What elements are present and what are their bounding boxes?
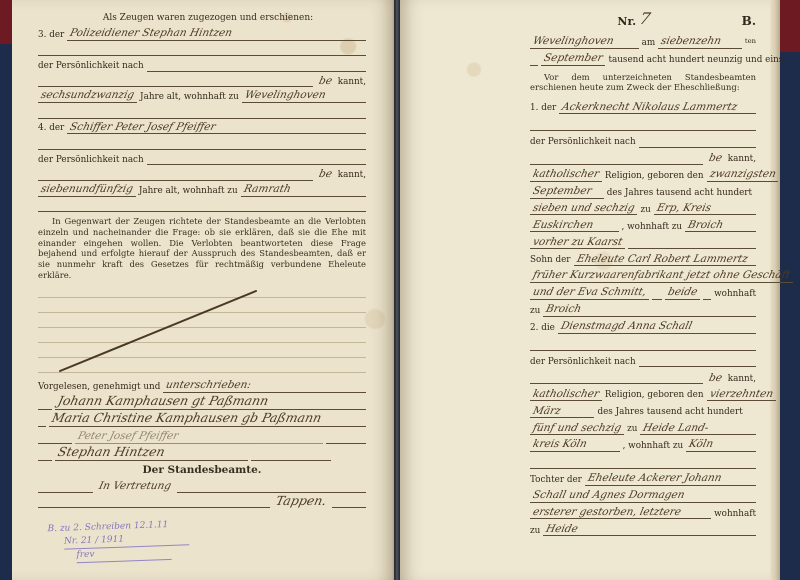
blank-line [38,407,52,410]
text: 2. die [530,323,555,333]
handwritten-entry: be [316,76,335,88]
blank-line [38,424,46,427]
text: der Persönlichkeit nach [530,357,636,367]
text: vorher zu Kaarst [532,237,624,248]
text: beide [667,287,699,298]
marriage-register-spread: Als Zeugen waren zugezogen und erschiene… [0,0,800,580]
blank-line [38,178,313,181]
text: Euskirchen [532,220,595,231]
text: zu [530,306,540,316]
text: siebenzehn [660,36,722,47]
printed-label: kannt, [728,155,756,165]
form-line: In Vertretung [38,477,366,493]
blank-line [530,162,703,165]
text: Broich [687,220,724,231]
text: kannt, [338,77,366,87]
handwritten-entry: fünf und sechzig [530,423,624,436]
handwritten-entry: Erp, Kreis [654,203,756,216]
handwritten-entry: Dienstmagd Anna Schall [558,321,756,334]
handwritten-entry: Schiffer Peter Josef Pfeiffer [67,122,366,135]
text: Eheleute Ackerer Johann [587,473,723,484]
cross-out-stroke [38,283,366,375]
form-line: Johann Kamphausen gt Paßmann [38,393,366,410]
text: Broich [545,304,582,315]
stamp-signature: frev [76,546,171,563]
handwritten-entry: kreis Köln [530,439,620,452]
form-line: sieben und sechzigzuErp, Kreis [530,199,756,216]
form-line [38,41,366,57]
printed-label: Religion, geboren den [605,172,704,182]
handwritten-entry: sechsundzwanzig [38,90,137,103]
form-line: Tochter derEheleute Ackerer Johann [530,469,756,486]
handwritten-entry: katholischer [530,169,602,182]
registry-stamp: B. zu 2. Schreiben 12.1.11 Nr. 21 / 1911… [47,517,233,564]
text: Dienstmagd Anna Schall [560,321,693,332]
text: des Jahres tausend acht hundert [597,407,742,417]
registrar-heading: Der Standesbeamte. [38,464,366,476]
cover-corner-red-left [0,0,12,44]
form-line: sechsundzwanzigJahre alt, wohnhaft zuWev… [38,87,366,103]
handwritten-entry: Euskirchen [530,220,619,233]
handwritten-entry: ersterer gestorben, letztere [530,507,711,520]
text: Tochter der [530,475,582,485]
printed-label: ten [745,38,756,49]
text: Schiffer Peter Josef Pfeiffer [69,122,217,133]
signatures-section: Johann Kamphausen gt PaßmannMaria Christ… [38,393,366,461]
book-binding-right [780,0,800,580]
printed-label: zu [627,425,637,435]
form-line: 1. derAckerknecht Nikolaus Lammertz [530,97,756,114]
printed-label: kannt, [728,375,756,385]
text: , wohnhaft zu [622,222,683,232]
blank-line [147,162,366,165]
form-line: ersterer gestorben, letzterewohnhaft [530,503,756,520]
printed-label: Religion, geboren den [605,391,704,401]
blank-line [177,490,366,493]
handwritten-entry: katholischer [530,389,602,402]
text: zu [627,424,637,434]
text: zu [640,205,650,215]
blank-line [38,53,366,56]
text: , wohnhaft zu [623,441,684,451]
form-line: früher Kurzwaarenfabrikant jetzt ohne Ge… [530,266,756,283]
text: früher Kurzwaarenfabrikant jetzt ohne Ge… [532,270,791,281]
text: unterschrieben: [165,380,252,391]
printed-label: kannt, [338,171,366,181]
text: zu [530,526,540,536]
form-line: der Persönlichkeit nach [38,150,366,166]
text: ersterer gestorben, letztere [532,507,682,518]
blank-line [251,458,331,461]
form-line: Schall und Agnes Dormagen [530,486,756,503]
printed-label: der Persönlichkeit nach [530,358,636,368]
blank-line [703,297,711,300]
form-line [530,114,756,131]
text: der Persönlichkeit nach [38,155,144,165]
text: der Persönlichkeit nach [38,61,144,71]
form-line: Sohn derEheleute Carl Robert Lammertz [530,249,756,266]
printed-label: des Jahres tausend acht hundert [607,189,752,199]
form-line: katholischerReligion, geboren denvierzeh… [530,384,756,401]
handwritten-entry: be [316,169,335,181]
text: be [318,169,333,180]
handwritten-entry: Heide [543,524,756,537]
printed-label: der Persönlichkeit nach [38,156,144,166]
handwritten-entry: Stephan Hintzen [55,446,248,461]
printed-label: zu [640,206,650,216]
form-line: 4. derSchiffer Peter Josef Pfeiffer [38,119,366,135]
text: Sohn der [530,255,571,265]
form-line: kreis Köln, wohnhaft zuKöln [530,435,756,452]
handwritten-entry: siebenundfünfzig [38,184,136,197]
text: Ramrath [242,184,291,195]
form-line: Peter Josef Pfeiffer [38,427,366,444]
handwritten-entry: Schall und Agnes Dormagen [530,490,756,503]
handwritten-entry: September [541,53,605,66]
text: kannt, [338,170,366,180]
blank-line [38,490,93,493]
text: tausend acht hundert neunzig und eins. [608,55,786,65]
form-line: fünf und sechzigzuHeide Land- [530,418,756,435]
blank-line [530,348,756,351]
blank-line [326,441,366,444]
printed-label: 2. die [530,324,555,334]
handwritten-entry: Köln [686,439,756,452]
handwritten-entry: Johann Kamphausen gt Paßmann [55,395,366,410]
blank-line [628,246,756,249]
printed-label: wohnhaft [714,290,756,300]
printed-label: wohnhaft [714,510,756,520]
crossed-out-blank-section [38,283,366,375]
handwritten-entry: früher Kurzwaarenfabrikant jetzt ohne Ge… [530,270,793,283]
printed-label: der Persönlichkeit nach [530,138,636,148]
text: ten [745,37,756,45]
text: kannt, [728,374,756,384]
form-line [38,197,366,213]
handwritten-entry: vierzehnten [707,389,776,402]
text: Peter Josef Pfeiffer [77,431,180,442]
text: Heide [545,524,579,535]
blank-line [332,505,366,508]
text: zwanzigsten [708,169,776,180]
blank-line [530,381,703,384]
appearance-paragraph: Vor dem unterzeichneten Standesbeamten e… [530,72,756,93]
cover-corner-red-right [780,0,800,52]
printed-label: der Persönlichkeit nach [38,62,144,72]
handwritten-entry: Wevelinghoven [530,36,639,49]
handwritten-entry: be [706,373,725,385]
witnesses-intro: Als Zeugen waren zugezogen und erschiene… [38,13,366,25]
text: kannt, [728,154,756,164]
text: 3. der [38,30,64,40]
form-line: Vorgelesen, genehmigt undunterschrieben: [38,377,366,393]
text: Köln [688,439,714,450]
text: Tappen. [274,495,327,508]
text: am [642,38,656,48]
text: Vorgelesen, genehmigt und [38,382,160,392]
text: Wevelinghoven [532,36,615,47]
text: Wevelinghoven [244,90,327,101]
groom-entry-section: 1. derAckerknecht Nikolaus Lammertzder P… [530,97,756,317]
handwritten-entry: und der Eva Schmitt, [530,287,649,300]
page-stack-edge [770,0,780,580]
printed-label: 1. der [530,104,556,114]
form-line: Stephan Hintzen [38,444,366,461]
text: Religion, geboren den [605,390,704,400]
form-line: bekannt, [38,72,366,88]
text: fünf und sechzig [532,423,623,434]
form-line: vorher zu Kaarst [530,232,756,249]
record-number-value: 7 [634,9,656,28]
text: kreis Köln [532,439,588,450]
handwritten-entry: Eheleute Ackerer Johann [585,473,756,486]
form-line: Tappen. [38,493,366,509]
handwritten-entry: Maria Christine Kamphausen gb Paßmann [49,412,366,427]
read-approved-line: Vorgelesen, genehmigt undunterschrieben: [38,377,366,393]
form-line: Wevelinghovenamsiebenzehnten [530,32,756,49]
printed-label: Tochter der [530,476,582,486]
text: Heide Land- [642,423,710,434]
printed-label: Jahre alt, wohnhaft zu [140,93,239,103]
text: Eheleute Carl Robert Lammertz [575,254,748,265]
handwritten-entry: Broich [543,304,756,317]
text: Stephan Hintzen [57,446,166,459]
handwritten-entry: unterschrieben: [163,380,366,393]
form-line [530,334,756,351]
text: März [532,406,562,417]
book-binding-left [0,0,12,580]
handwritten-entry: Ackerknecht Nikolaus Lammertz [559,102,756,115]
form-line: 3. derPolizeidiener Stephan Hintzen [38,25,366,41]
printed-label: Sohn der [530,256,571,266]
right-page: Nr. 7 B. WevelinghovenamsiebenzehntenSep… [400,0,770,580]
form-line: Euskirchen, wohnhaft zuBroich [530,215,756,232]
printed-label: kannt, [338,78,366,88]
blank-line [530,63,538,66]
handwritten-entry: Broich [685,220,756,233]
handwritten-entry: be [706,153,725,165]
printed-label: des Jahres tausend acht hundert [597,408,742,418]
form-line [530,452,756,469]
handwritten-entry: Heide Land- [640,423,756,436]
text: siebenundfünfzig [40,184,134,195]
text: Jahre alt, wohnhaft zu [140,92,239,102]
bride-entry-section: 2. dieDienstmagd Anna Schallder Persönli… [530,317,756,537]
handwritten-entry: sieben und sechzig [530,203,637,216]
text: September [543,53,604,64]
printed-label: tausend acht hundert neunzig und eins. [608,56,786,66]
text: Schall und Agnes Dormagen [532,490,686,501]
printed-label: , wohnhaft zu [622,223,683,233]
handwritten-entry: Tappen. [273,495,329,509]
text: Ackerknecht Nikolaus Lammertz [561,102,739,113]
text: September [532,186,593,197]
text: be [708,153,723,164]
blank-line [530,466,756,469]
blank-line [147,69,366,72]
handwritten-entry: Peter Josef Pfeiffer [75,431,323,444]
blank-line [38,505,270,508]
printed-label: Vorgelesen, genehmigt und [38,383,160,393]
blank-line [639,364,756,367]
blank-line [639,145,756,148]
form-line: der Persönlichkeit nach [530,351,756,368]
form-line: bekannt, [530,148,756,165]
handwritten-entry: Ramrath [241,184,366,197]
text: be [318,76,333,87]
blank-line [38,116,366,119]
form-line [38,103,366,119]
text: Religion, geboren den [605,171,704,181]
handwritten-entry: In Vertretung [96,481,174,493]
handwritten-entry: beide [665,287,700,300]
form-letter-b: B. [742,14,756,28]
handwritten-entry: September [530,186,604,199]
printed-label: am [642,39,656,49]
form-line: zuHeide [530,519,756,536]
text: wohnhaft [714,289,756,299]
blank-line [530,128,756,131]
handwritten-entry: März [530,406,594,419]
form-line: der Persönlichkeit nach [38,56,366,72]
text: katholischer [532,389,600,400]
text: vierzehnten [708,389,773,400]
blank-line [38,147,366,150]
registrar-signature-section: In VertretungTappen. [38,477,366,508]
text: katholischer [532,169,600,180]
text: 4. der [38,123,64,133]
witness-entries-section: 3. derPolizeidiener Stephan Hintzender P… [38,25,366,212]
form-line: zuBroich [530,300,756,317]
printed-label: , wohnhaft zu [623,442,684,452]
text: sechsundzwanzig [40,90,135,101]
text: 1. der [530,103,556,113]
form-line: Maria Christine Kamphausen gb Paßmann [38,410,366,427]
printed-label: Jahre alt, wohnhaft zu [139,187,238,197]
text: be [708,373,723,384]
page-gutter [392,0,400,580]
form-line: Märzdes Jahres tausend acht hundert [530,401,756,418]
printed-label: zu [530,307,540,317]
blank-line [38,209,366,212]
form-line [38,134,366,150]
text: In Vertretung [98,481,172,492]
form-line: bekannt, [530,367,756,384]
text: Johann Kamphausen gt Paßmann [57,395,270,408]
form-line: der Persönlichkeit nach [530,131,756,148]
handwritten-entry: zwanzigsten [707,169,779,182]
form-line: und der Eva Schmitt,beidewohnhaft [530,283,756,300]
text: sieben und sechzig [532,203,636,214]
form-line: 2. dieDienstmagd Anna Schall [530,317,756,334]
record-header: Nr. 7 B. [530,8,756,28]
printed-label: 4. der [38,124,64,134]
text: und der Eva Schmitt, [532,287,647,298]
ceremony-paragraph: In Gegenwart der Zeugen richtete der Sta… [38,216,366,280]
text: Polizeidiener Stephan Hintzen [69,28,233,39]
printed-label: 3. der [38,31,64,41]
place-date-section: WevelinghovenamsiebenzehntenSeptembertau… [530,32,756,66]
blank-line [652,297,662,300]
blank-line [38,458,52,461]
text: Maria Christine Kamphausen gb Paßmann [51,412,323,425]
form-line: Septemberdes Jahres tausend acht hundert [530,182,756,199]
text: Erp, Kreis [656,203,712,214]
form-line: Septembertausend acht hundert neunzig un… [530,49,756,66]
text: des Jahres tausend acht hundert [607,188,752,198]
form-line: bekannt, [38,165,366,181]
text: der Persönlichkeit nach [530,137,636,147]
blank-line [38,84,313,87]
handwritten-entry: Wevelinghoven [242,90,366,103]
handwritten-entry: Eheleute Carl Robert Lammertz [574,254,757,267]
printed-label: zu [530,527,540,537]
form-line: katholischerReligion, geboren denzwanzig… [530,165,756,182]
handwritten-entry: vorher zu Kaarst [530,237,625,250]
handwritten-entry: Polizeidiener Stephan Hintzen [67,28,366,41]
left-page: Als Zeugen waren zugezogen und erschiene… [12,0,394,580]
handwritten-entry: siebenzehn [658,36,742,49]
form-line: siebenundfünfzigJahre alt, wohnhaft zuRa… [38,181,366,197]
text: Jahre alt, wohnhaft zu [139,186,238,196]
text: wohnhaft [714,509,756,519]
